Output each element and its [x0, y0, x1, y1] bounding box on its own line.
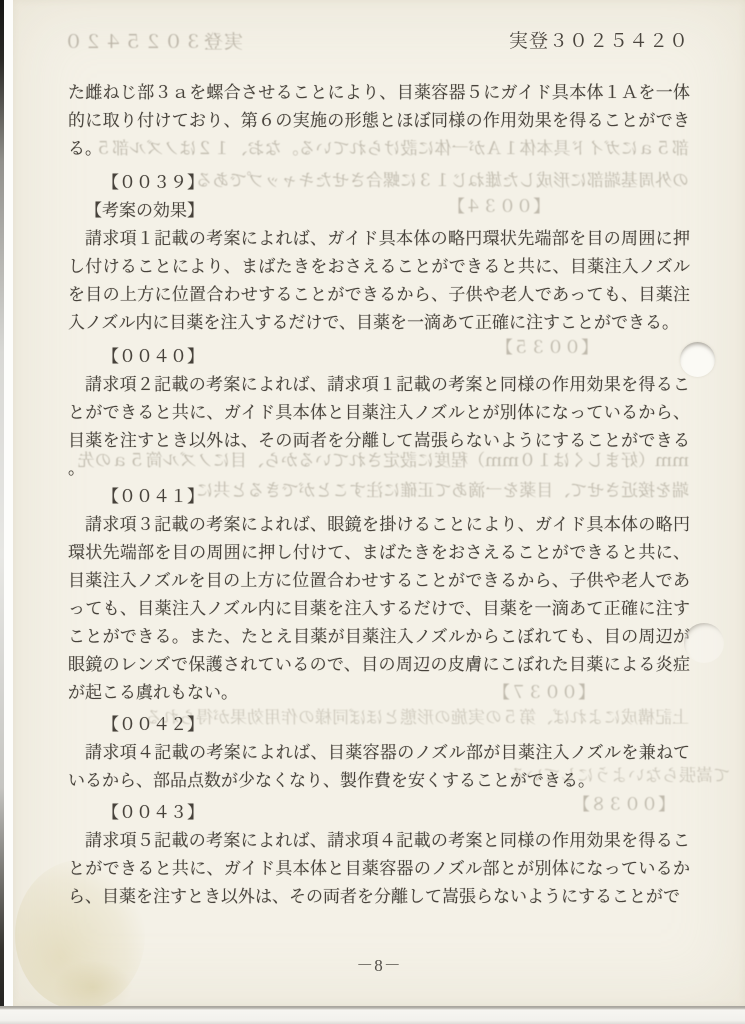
page-number: －8－ [68, 951, 690, 976]
paragraph-number-0043: 【００４３】 [68, 799, 690, 827]
paragraph-number-0041: 【００４１】 [68, 483, 690, 511]
scan-edge-white-strip [4, 0, 13, 1012]
body-text-block: 請求項２記載の考案によれば、請求項１記載の考案と同様の作用効果を得ることができる… [68, 371, 690, 483]
body-text-block: た雌ねじ部３ａを螺合させることにより、目薬容器５にガイド具本体１Ａを一体的に取り… [68, 79, 690, 163]
doc-number: 実登３０２５４２０ [509, 26, 689, 53]
body-text-block: 請求項１記載の考案によれば、ガイド具本体の略円環状先端部を目の周囲に押し付けるこ… [68, 225, 690, 337]
paragraph-number-0039: 【００３９】 [68, 169, 690, 197]
body-text-block: 請求項３記載の考案によれば、眼鏡を掛けることにより、ガイド具本体の略円環状先端部… [68, 511, 690, 707]
punch-hole [680, 342, 715, 377]
document-body: た雌ねじ部３ａを螺合させることにより、目薬容器５にガイド具本体１Ａを一体的に取り… [68, 79, 690, 911]
paragraph-number-0042: 【００４２】 [68, 711, 690, 739]
body-text-block: 請求項４記載の考案によれば、目薬容器のノズル部が目薬注入ノズルを兼ねているから、… [68, 739, 690, 795]
section-heading-effect: 【考案の効果】 [68, 197, 690, 225]
punch-hole [684, 623, 724, 663]
paragraph-number-0040: 【００４０】 [68, 343, 690, 371]
body-text-block: 請求項５記載の考案によれば、請求項４記載の考案と同様の作用効果を得ることができる… [68, 827, 690, 911]
scanned-document: 実登３０２５４２０ 部５ａにガイド具本体１Ａが一体に設けられている。なお、１２は… [0, 0, 745, 1024]
scan-edge-bottom [0, 1006, 745, 1024]
